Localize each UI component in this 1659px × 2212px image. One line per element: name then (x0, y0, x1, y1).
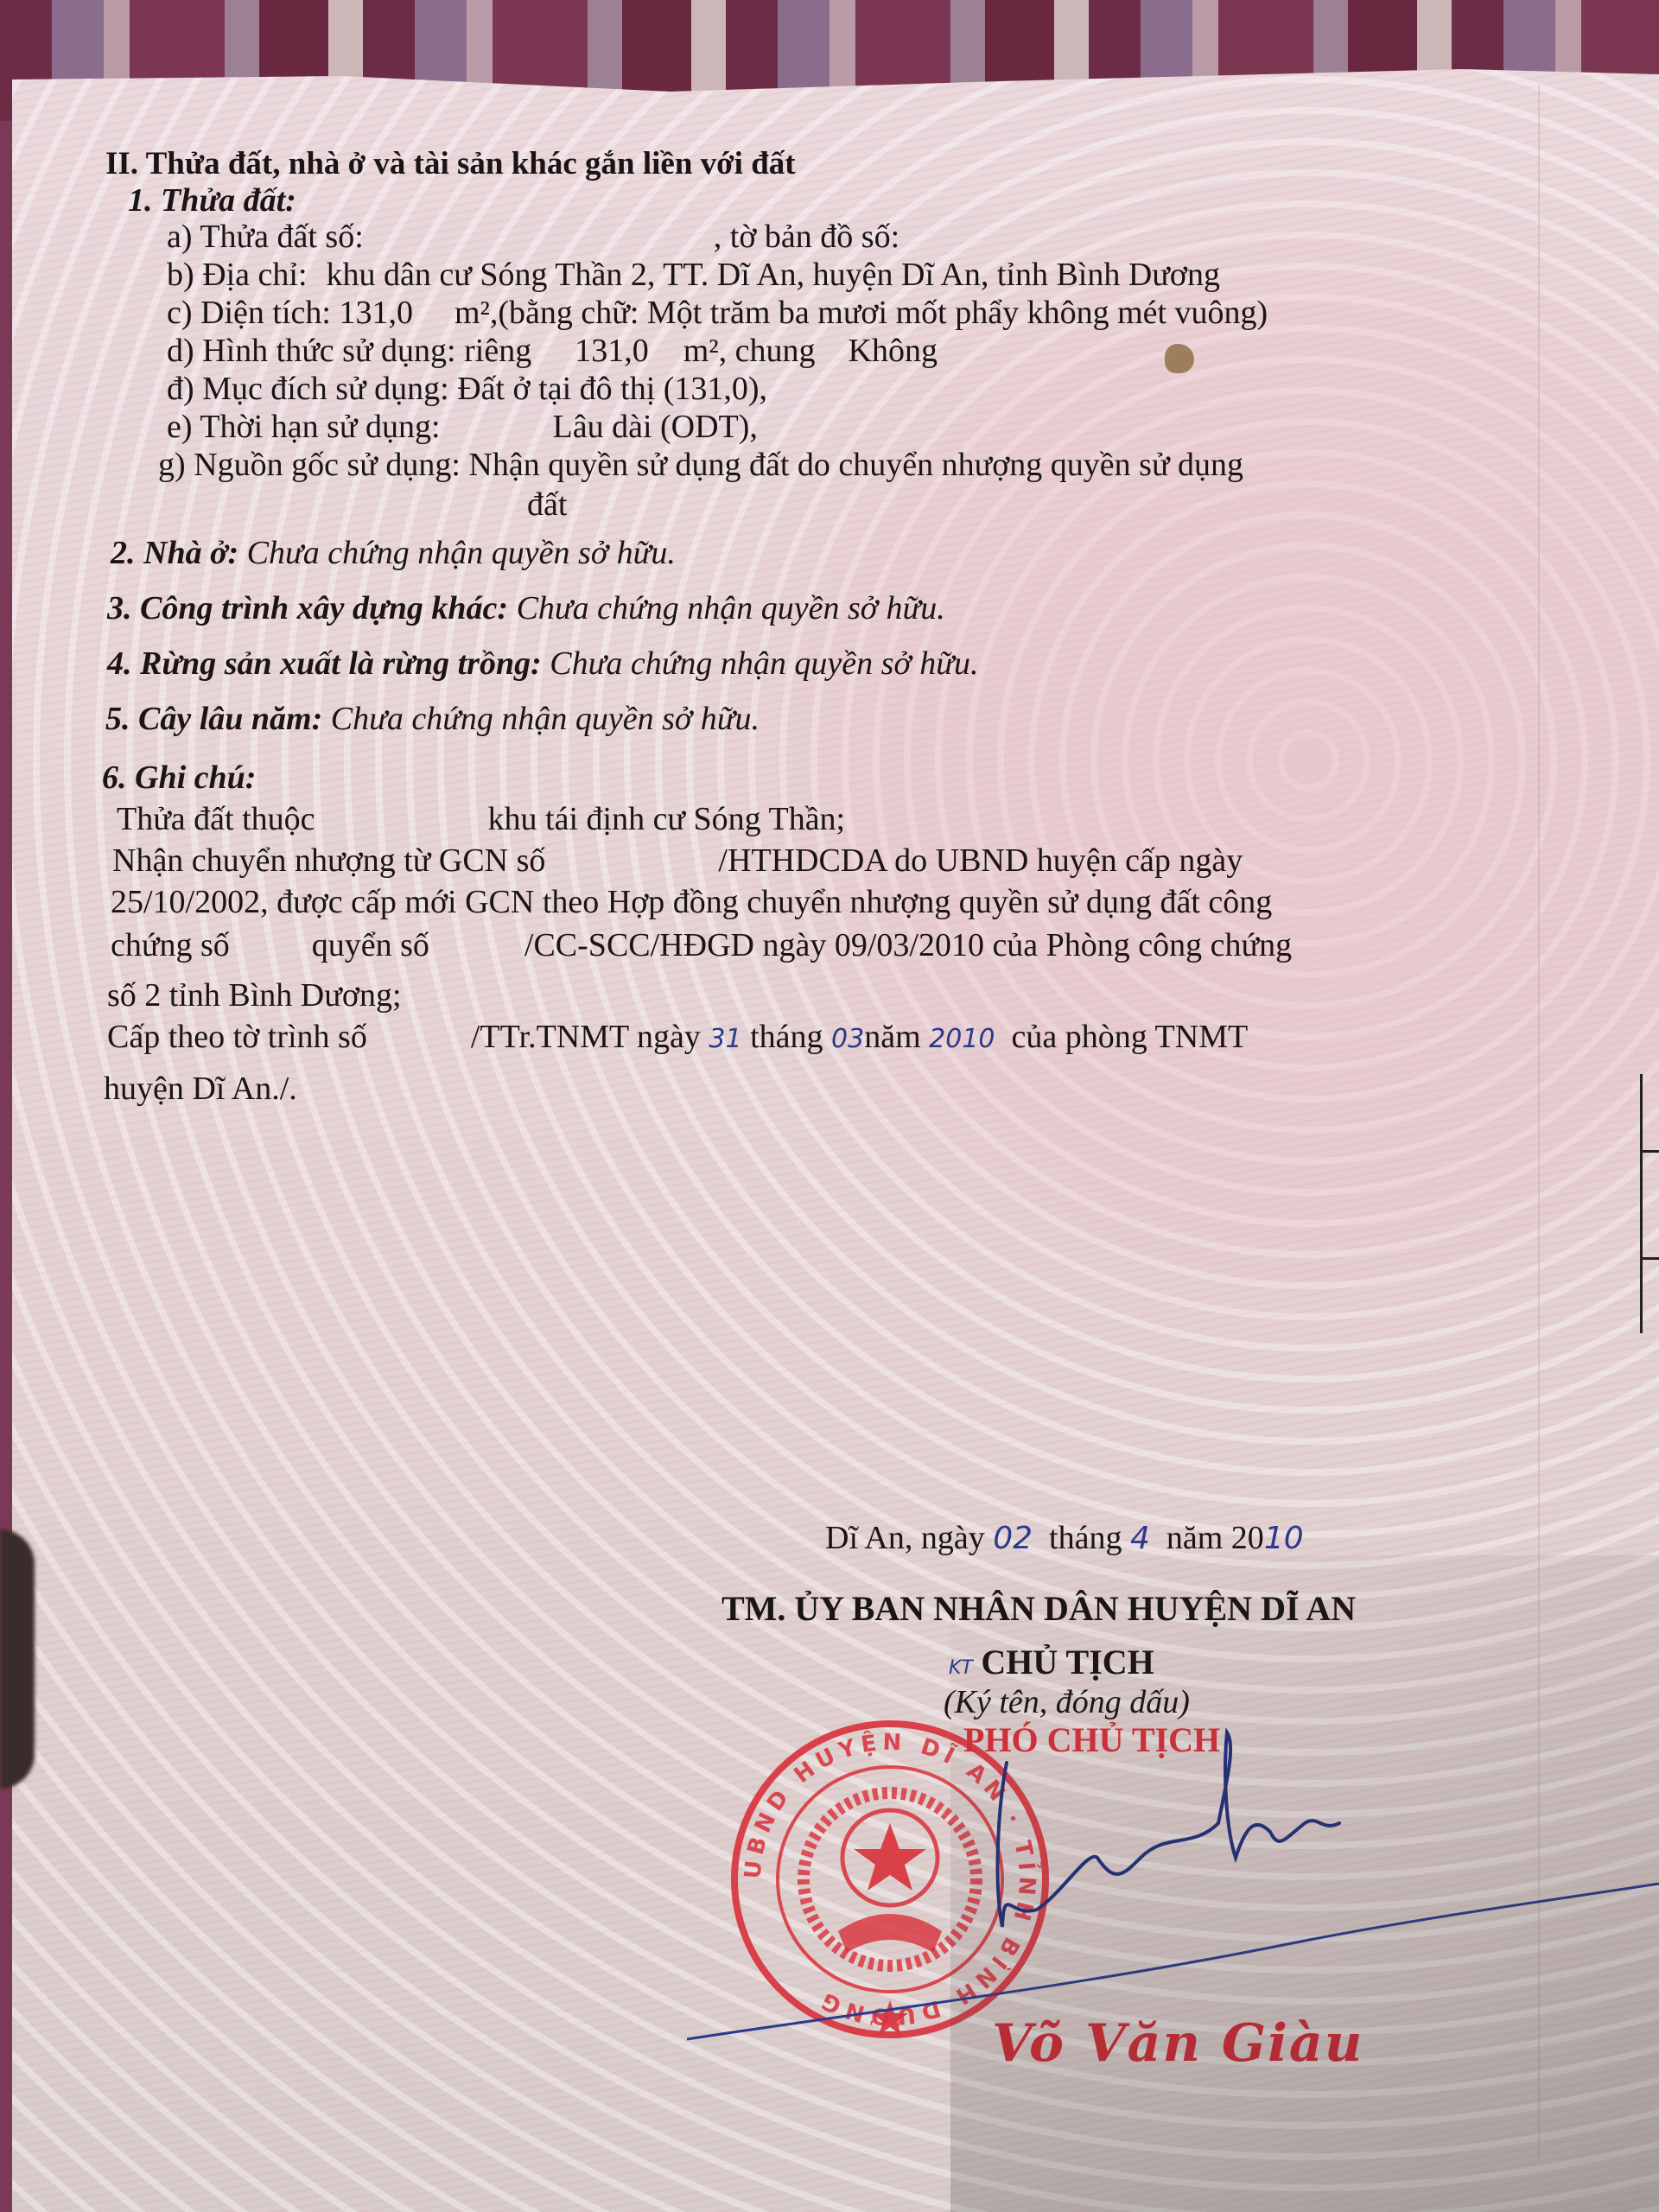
note-text: chứng số (111, 927, 230, 963)
note-text: /TTr.TNMT ngày (471, 1019, 701, 1055)
purpose-label: đ) Mục đích sử dụng: (167, 371, 449, 407)
note-text: /CC-SCC/HĐGD ngày 09/03/2010 của Phòng c… (524, 927, 1292, 963)
notes-line-7: huyện Dĩ An./. (104, 1070, 297, 1108)
land-heading: 1. Thửa đất: (128, 181, 296, 219)
notes-line-4: chứng sốquyển số/CC-SCC/HĐGD ngày 09/03/… (111, 926, 1292, 964)
origin-label: g) Nguồn gốc sử dụng: (158, 447, 461, 483)
place-date-label: Dĩ An, ngày (825, 1520, 985, 1556)
section-title: II. Thửa đất, nhà ở và tài sản khác gắn … (105, 145, 796, 183)
handwritten-sign-month: 4 (1130, 1521, 1150, 1556)
map-sheet-label: , tờ bản đồ số: (714, 219, 899, 255)
note-text: của phòng TNMT (1012, 1019, 1249, 1055)
purpose-row: đ) Mục đích sử dụng: Đất ở tại đô thị (1… (167, 370, 767, 408)
shared-label: , chung (719, 333, 816, 369)
note-text: năm (864, 1019, 920, 1055)
parcel-number-row: a) Thửa đất số:, tờ bản đồ số: (167, 218, 899, 256)
paper-stain (1165, 344, 1194, 373)
item-label: 5. Cây lâu năm: (105, 701, 322, 737)
private-area: 131,0 (575, 333, 649, 369)
use-form-label: d) Hình thức sử dụng: riêng (167, 333, 531, 369)
finger-in-frame (0, 1529, 35, 1789)
item-value: Chưa chứng nhận quyền sở hữu. (247, 535, 676, 571)
item-perennial-trees: 5. Cây lâu năm: Chưa chứng nhận quyền sở… (105, 700, 760, 738)
origin-row: g) Nguồn gốc sử dụng: Nhận quyền sử dụng… (158, 446, 1243, 484)
parcel-number-label: a) Thửa đất số: (167, 219, 364, 255)
origin-value-cont: đất (527, 486, 567, 524)
private-unit: m² (683, 333, 719, 369)
note-text: khu tái định cư Sóng Thần; (488, 801, 846, 837)
notes-line-1: Thửa đất thuộckhu tái định cư Sóng Thần; (117, 800, 845, 838)
note-text: Cấp theo tờ trình số (107, 1019, 367, 1055)
year-label: năm 20 (1166, 1520, 1264, 1556)
item-label: 3. Công trình xây dựng khác: (107, 590, 508, 626)
item-other-construction: 3. Công trình xây dựng khác: Chưa chứng … (107, 589, 945, 627)
area-in-words: ,(bằng chữ: Một trăm ba mươi mốt phẩy kh… (490, 295, 1268, 331)
address-label: b) Địa chỉ: (167, 257, 308, 293)
place-date: Dĩ An, ngày 02 tháng 4 năm 2010 (825, 1519, 1304, 1558)
area-row: c) Diện tích: 131,0m²,(bằng chữ: Một tră… (167, 294, 1268, 332)
handwritten-day: 31 (709, 1024, 741, 1054)
handwritten-year: 2010 (929, 1024, 995, 1054)
item-planted-forest: 4. Rừng sản xuất là rừng trồng: Chưa chứ… (107, 645, 978, 683)
term-label: e) Thời hạn sử dụng: (167, 409, 441, 445)
address-value: khu dân cư Sóng Thần 2, TT. Dĩ An, huyện… (327, 257, 1220, 293)
adjacent-page-table-edge (1640, 1074, 1659, 1333)
area-label: c) Diện tích: (167, 295, 331, 331)
item-label: 2. Nhà ở: (111, 535, 238, 571)
area-unit: m² (454, 295, 490, 331)
shadow-overlay (950, 1555, 1659, 2212)
note-text: /HTHDCDA do UBND huyện cấp ngày (718, 842, 1243, 879)
origin-value: Nhận quyền sử dụng đất do chuyển nhượng … (468, 447, 1243, 483)
notes-line-3: 25/10/2002, được cấp mới GCN theo Hợp đồ… (111, 883, 1272, 921)
notes-line-6: Cấp theo tờ trình số/TTr.TNMT ngày 31 th… (107, 1018, 1248, 1058)
area-value: 131,0 (339, 295, 413, 331)
notes-line-2: Nhận chuyển nhượng từ GCN số/HTHDCDA do … (112, 842, 1243, 880)
term-value: Lâu dài (ODT), (553, 409, 758, 445)
note-text: Thửa đất thuộc (117, 801, 315, 837)
term-row: e) Thời hạn sử dụng:Lâu dài (ODT), (167, 408, 758, 446)
note-text: tháng (750, 1019, 823, 1055)
item-value: Chưa chứng nhận quyền sở hữu. (331, 701, 760, 737)
notes-heading: 6. Ghi chú: (102, 759, 256, 797)
handwritten-sign-year: 10 (1264, 1521, 1304, 1556)
purpose-value: Đất ở tại đô thị (131,0), (457, 371, 767, 407)
handwritten-sign-day: 02 (993, 1521, 1033, 1556)
note-text: Nhận chuyển nhượng từ GCN số (112, 842, 545, 879)
handwritten-month: 03 (831, 1024, 864, 1054)
item-value: Chưa chứng nhận quyền sở hữu. (550, 645, 978, 682)
notes-line-5: số 2 tỉnh Bình Dương; (107, 976, 402, 1014)
item-house: 2. Nhà ở: Chưa chứng nhận quyền sở hữu. (111, 534, 676, 572)
item-value: Chưa chứng nhận quyền sở hữu. (517, 590, 945, 626)
address-row: b) Địa chỉ:khu dân cư Sóng Thần 2, TT. D… (167, 256, 1220, 294)
shared-value: Không (849, 333, 938, 369)
month-label: tháng (1049, 1520, 1122, 1556)
item-label: 4. Rừng sản xuất là rừng trồng: (107, 645, 542, 682)
note-text: quyển số (312, 927, 429, 963)
use-form-row: d) Hình thức sử dụng: riêng131,0m², chun… (167, 332, 938, 370)
